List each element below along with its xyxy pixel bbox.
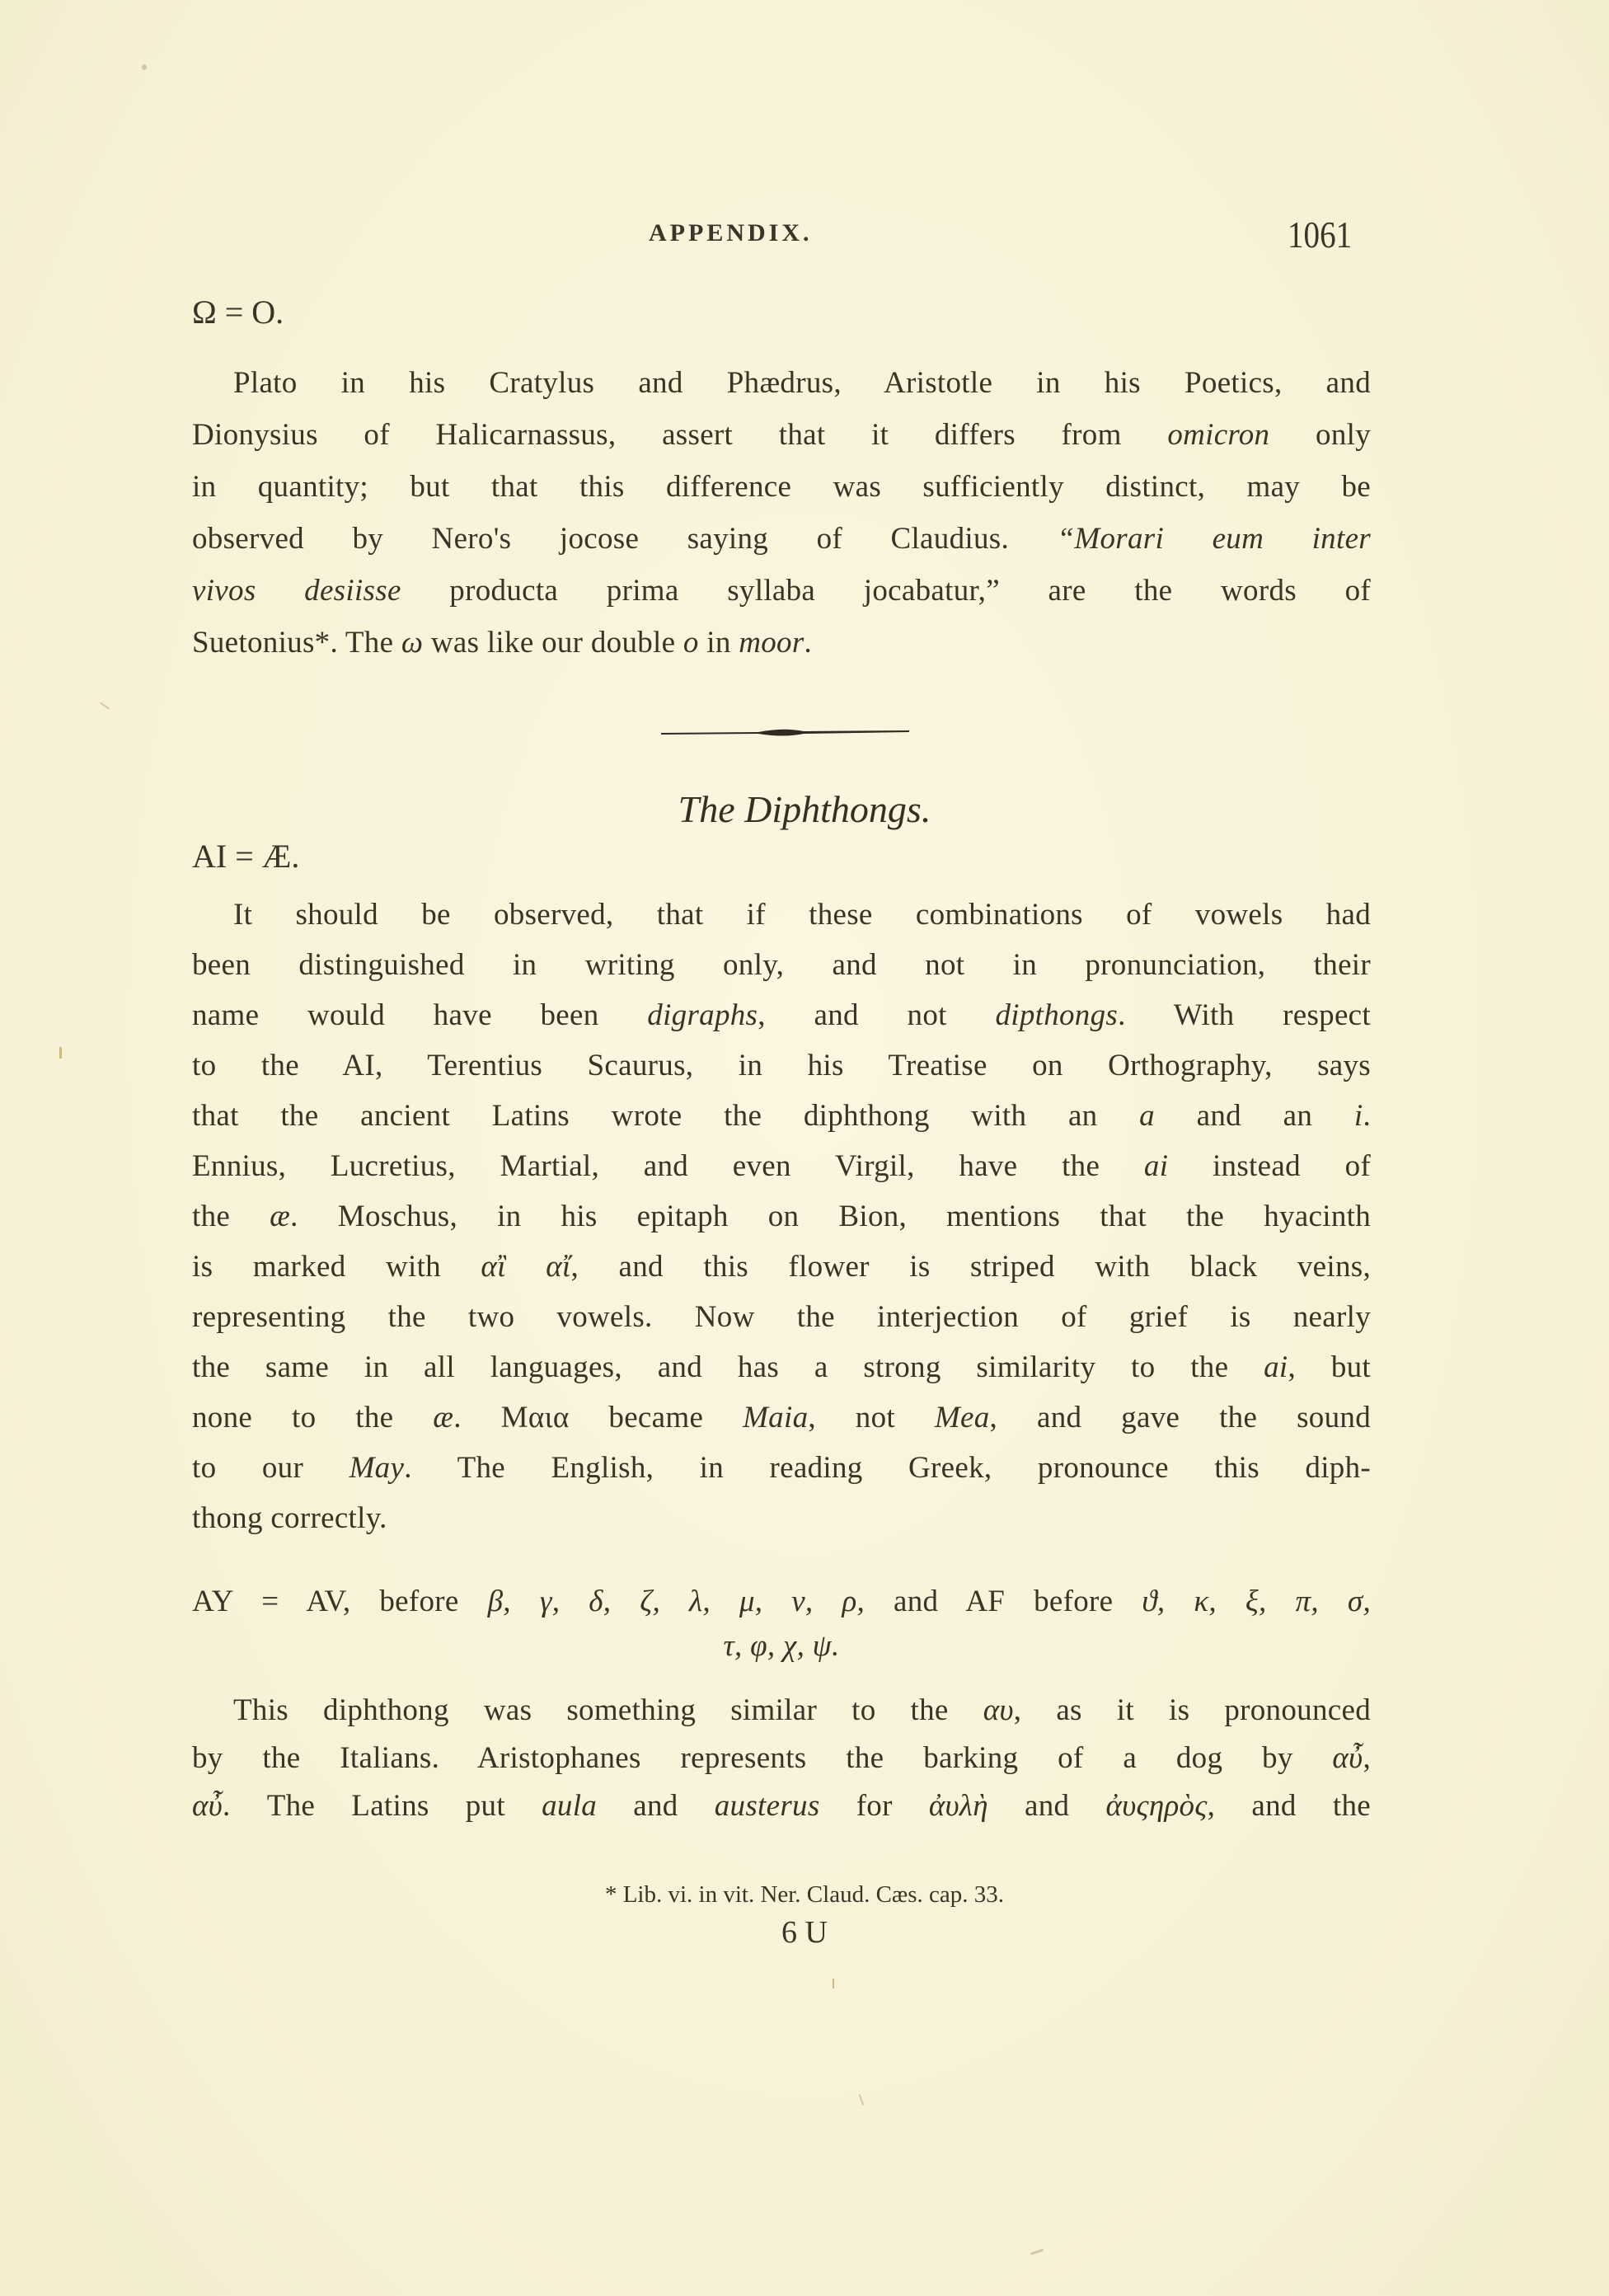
text-line: been distinguished in writing only, and … bbox=[192, 945, 1371, 986]
italic-text: æ bbox=[433, 1401, 453, 1434]
italic-text: austerus bbox=[715, 1789, 820, 1823]
italic-text: i bbox=[1354, 1099, 1363, 1133]
section-title: The Diphthongs. bbox=[0, 787, 1609, 831]
text-line: thong correctly. bbox=[192, 1498, 1371, 1539]
running-head-title: APPENDIX. bbox=[649, 219, 813, 247]
italic-text: ἀυςηρὸς bbox=[1106, 1789, 1208, 1823]
text-line: Suetonius*. The ω was like our double o … bbox=[192, 622, 1371, 664]
text-line: in quantity; but that this difference wa… bbox=[192, 467, 1371, 508]
ornamental-rule-icon bbox=[659, 725, 911, 739]
text-line: αὖ. The Latins put aula and austerus for… bbox=[192, 1786, 1371, 1827]
italic-text: “Morari eum inter bbox=[1058, 522, 1372, 556]
signature-mark: 6 U bbox=[0, 1914, 1609, 1951]
omega-heading: Ω = O. bbox=[192, 293, 284, 331]
italic-text: dipthongs bbox=[995, 998, 1118, 1032]
italic-text: a bbox=[1139, 1099, 1155, 1133]
paper-speck bbox=[1030, 2249, 1044, 2256]
italic-text: β, γ, δ, ζ, λ, μ, ν, ρ, bbox=[488, 1585, 865, 1618]
italic-text: ω bbox=[401, 626, 423, 660]
italic-text: ai bbox=[1144, 1149, 1168, 1183]
text-line: that the ancient Latins wrote the diphth… bbox=[192, 1096, 1371, 1137]
italic-text: αἲ αἴ bbox=[481, 1250, 570, 1284]
text-line: Dionysius of Halicarnassus, assert that … bbox=[192, 415, 1371, 456]
text-line: τ, φ, χ, ψ. bbox=[192, 1626, 1371, 1667]
italic-text: vivos desiisse bbox=[192, 574, 401, 608]
paper-speck bbox=[859, 2094, 865, 2106]
text-line: vivos desiisse producta prima syllaba jo… bbox=[192, 570, 1371, 612]
italic-text: ἀυλὴ bbox=[929, 1789, 988, 1823]
italic-text: digraphs bbox=[647, 998, 758, 1032]
paper-speck bbox=[59, 1047, 62, 1059]
italic-text: Maia bbox=[743, 1401, 808, 1434]
text-line: Plato in his Cratylus and Phædrus, Arist… bbox=[192, 363, 1371, 404]
italic-text: τ, φ, χ, ψ. bbox=[723, 1629, 839, 1663]
paper-speck bbox=[142, 64, 147, 70]
italic-text: aula bbox=[542, 1789, 597, 1823]
paper-speck bbox=[100, 702, 110, 710]
text-line: is marked with αἲ αἴ, and this flower is… bbox=[192, 1247, 1371, 1288]
italic-text: May bbox=[349, 1451, 405, 1485]
book-page: APPENDIX. 1061 Ω = O. Plato in his Craty… bbox=[0, 0, 1609, 2296]
text-line: name would have been digraphs, and not d… bbox=[192, 995, 1371, 1036]
italic-text: Mea bbox=[935, 1401, 990, 1434]
italic-text: αυ bbox=[983, 1693, 1014, 1727]
running-head: APPENDIX. 1061 bbox=[0, 213, 1609, 254]
italic-text: o bbox=[683, 626, 699, 660]
italic-text: ai bbox=[1264, 1350, 1288, 1384]
text-line: AY = AV, before β, γ, δ, ζ, λ, μ, ν, ρ, … bbox=[192, 1581, 1371, 1622]
text-line: the æ. Moschus, in his epitaph on Bion, … bbox=[192, 1196, 1371, 1237]
text-line: to the AI, Terentius Scaurus, in his Tre… bbox=[192, 1045, 1371, 1087]
paper-speck bbox=[833, 1979, 834, 1988]
text-line: representing the two vowels. Now the int… bbox=[192, 1297, 1371, 1338]
text-line: to our May. The English, in reading Gree… bbox=[192, 1448, 1371, 1489]
text-line: This diphthong was something similar to … bbox=[192, 1690, 1371, 1731]
italic-text: omicron bbox=[1167, 418, 1269, 452]
ai-heading: AI = Æ. bbox=[192, 837, 299, 876]
text-line: observed by Nero's jocose saying of Clau… bbox=[192, 519, 1371, 560]
text-line: by the Italians. Aristophanes represents… bbox=[192, 1738, 1371, 1779]
footnote: * Lib. vi. in vit. Ner. Claud. Cæs. cap.… bbox=[0, 1881, 1609, 1909]
text-line: the same in all languages, and has a str… bbox=[192, 1347, 1371, 1388]
italic-text: moor bbox=[739, 626, 804, 660]
text-line: none to the æ. Μαια became Maia, not Mea… bbox=[192, 1397, 1371, 1439]
text-line: Ennius, Lucretius, Martial, and even Vir… bbox=[192, 1146, 1371, 1187]
page-number: 1061 bbox=[1288, 213, 1352, 256]
italic-text: αὖ bbox=[192, 1789, 223, 1823]
text-line: It should be observed, that if these com… bbox=[192, 894, 1371, 936]
italic-text: ϑ, κ, ξ, π, σ, bbox=[1142, 1585, 1371, 1618]
italic-text: æ bbox=[270, 1200, 290, 1233]
italic-text: αὖ bbox=[1332, 1741, 1363, 1775]
